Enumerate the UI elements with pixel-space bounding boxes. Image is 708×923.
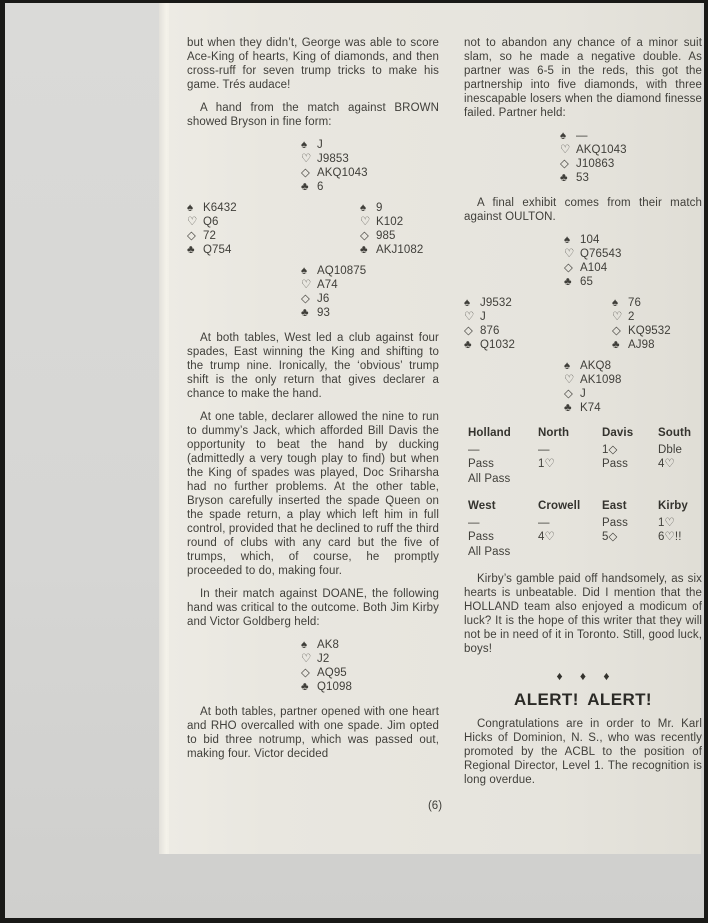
cards: AKQ1043 (576, 144, 627, 156)
auction-call: — (538, 443, 602, 458)
auction-call: 4♡ (658, 457, 702, 472)
cards: A104 (580, 262, 607, 274)
kirby-goldberg-hand: ♠AK8 ♡J2 ◇AQ95 ♣Q1098 (301, 638, 439, 694)
spade-suit-icon: ♠ (464, 296, 476, 310)
bidding-table-2: West Crowell East Kirby — — Pass 1♡ Pass… (464, 499, 702, 559)
auction-header: Crowell (538, 499, 602, 514)
club-suit-icon: ♣ (301, 180, 313, 194)
east-hand: ♠76 ♡2 ◇KQ9532 ♣AJ98 (612, 296, 671, 352)
auction-call: 1♡ (538, 457, 602, 472)
right-column: not to abandon any chance of a minor sui… (464, 36, 702, 796)
cards: 6 (317, 181, 324, 193)
cards: 876 (480, 325, 500, 337)
diamond-separator-icon: ♦ ♦ ♦ (464, 669, 702, 683)
diamond-suit-icon: ◇ (612, 324, 624, 338)
cards: Q76543 (580, 248, 622, 260)
diamond-suit-icon: ◇ (560, 157, 572, 171)
heart-suit-icon: ♡ (301, 278, 313, 292)
paragraph: but when they didn’t, George was able to… (187, 36, 439, 92)
club-suit-icon: ♣ (564, 275, 576, 289)
cards: — (576, 130, 588, 142)
cards: 93 (317, 307, 330, 319)
cards: J (317, 139, 323, 151)
cards: AKQ1043 (317, 167, 368, 179)
club-suit-icon: ♣ (564, 401, 576, 415)
north-hand: ♠J ♡J9853 ◇AKQ1043 ♣6 (301, 138, 439, 194)
heart-suit-icon: ♡ (560, 143, 572, 157)
cards: J10863 (576, 158, 614, 170)
club-suit-icon: ♣ (360, 243, 372, 257)
spade-suit-icon: ♠ (360, 201, 372, 215)
cards: K6432 (203, 202, 237, 214)
cards: 9 (376, 202, 383, 214)
bidding-table-1: Holland North Davis South — — 1◇ Dble Pa… (464, 426, 702, 486)
club-suit-icon: ♣ (560, 171, 572, 185)
cards: Q754 (203, 244, 232, 256)
auction-call: 1♡ (658, 516, 702, 531)
paragraph: At one table, declarer allowed the nine … (187, 410, 439, 578)
auction-call: Pass (602, 516, 658, 531)
cards: AKJ1082 (376, 244, 423, 256)
cards: 985 (376, 230, 396, 242)
cards: Q1098 (317, 681, 352, 693)
heart-suit-icon: ♡ (360, 215, 372, 229)
east-hand: ♠9 ♡K102 ◇985 ♣AKJ1082 (360, 201, 423, 257)
club-suit-icon: ♣ (612, 338, 624, 352)
south-hand: ♠AQ10875 ♡A74 ◇J6 ♣93 (301, 264, 439, 320)
cards: J2 (317, 653, 329, 665)
cards: 2 (628, 311, 635, 323)
auction-header: Holland (468, 426, 538, 441)
paragraph: In their match against DOANE, the follow… (187, 587, 439, 629)
auction-header: South (658, 426, 702, 441)
cards: K74 (580, 402, 601, 414)
spade-suit-icon: ♠ (564, 359, 576, 373)
cards: J (580, 388, 586, 400)
magazine-page: but when they didn’t, George was able to… (169, 3, 701, 854)
cards: 104 (580, 234, 600, 246)
cards: K102 (376, 216, 403, 228)
heart-suit-icon: ♡ (301, 652, 313, 666)
paragraph: Congratulations are in order to Mr. Karl… (464, 717, 702, 787)
spade-suit-icon: ♠ (612, 296, 624, 310)
auction-call: Dble (658, 443, 702, 458)
auction-call: All Pass (468, 472, 602, 487)
auction-header: West (468, 499, 538, 514)
diamond-suit-icon: ◇ (564, 261, 576, 275)
cards: AQ95 (317, 667, 347, 679)
west-hand: ♠K6432 ♡Q6 ◇72 ♣Q754 (187, 201, 360, 257)
auction-header: East (602, 499, 658, 514)
cards: 72 (203, 230, 216, 242)
auction-call: 1◇ (602, 443, 658, 458)
auction-call: — (468, 516, 538, 531)
diamond-suit-icon: ◇ (301, 666, 313, 680)
paragraph: not to abandon any chance of a minor sui… (464, 36, 702, 120)
club-suit-icon: ♣ (301, 306, 313, 320)
cards: AJ98 (628, 339, 655, 351)
auction-call: Pass (468, 457, 538, 472)
heart-suit-icon: ♡ (564, 247, 576, 261)
auction-call: — (468, 443, 538, 458)
club-suit-icon: ♣ (464, 338, 476, 352)
auction-header: Davis (602, 426, 658, 441)
heart-suit-icon: ♡ (612, 310, 624, 324)
auction-call: 4♡ (538, 530, 602, 545)
diamond-suit-icon: ◇ (301, 292, 313, 306)
paragraph: Kirby’s gamble paid off handsomely, as s… (464, 572, 702, 656)
club-suit-icon: ♣ (301, 680, 313, 694)
cards: J9532 (480, 297, 512, 309)
paragraph: At both tables, West led a club against … (187, 331, 439, 401)
diamond-suit-icon: ◇ (187, 229, 199, 243)
diamond-suit-icon: ◇ (564, 387, 576, 401)
cards: AQ10875 (317, 265, 366, 277)
spade-suit-icon: ♠ (187, 201, 199, 215)
cards: Q6 (203, 216, 219, 228)
auction-call: 5◇ (602, 530, 658, 545)
cards: 76 (628, 297, 641, 309)
diamond-suit-icon: ◇ (301, 166, 313, 180)
cards: AKQ8 (580, 360, 611, 372)
alert-heading: ALERT! ALERT! (464, 693, 702, 707)
cards: 53 (576, 172, 589, 184)
heart-suit-icon: ♡ (187, 215, 199, 229)
heart-suit-icon: ♡ (301, 152, 313, 166)
paragraph: At both tables, partner opened with one … (187, 705, 439, 761)
cards: J9853 (317, 153, 349, 165)
auction-header: North (538, 426, 602, 441)
diamond-suit-icon: ◇ (360, 229, 372, 243)
partner-hand: ♠— ♡AKQ1043 ◇J10863 ♣53 (560, 129, 702, 185)
auction-call: — (538, 516, 602, 531)
spade-suit-icon: ♠ (301, 638, 313, 652)
spade-suit-icon: ♠ (301, 138, 313, 152)
cards: 65 (580, 276, 593, 288)
auction-call: Pass (468, 530, 538, 545)
cards: Q1032 (480, 339, 515, 351)
north-hand: ♠104 ♡Q76543 ◇A104 ♣65 (564, 233, 702, 289)
west-hand: ♠J9532 ♡J ◇876 ♣Q1032 (464, 296, 612, 352)
club-suit-icon: ♣ (187, 243, 199, 257)
deal-diagram-oulton: ♠104 ♡Q76543 ◇A104 ♣65 ♠J9532 ♡J ◇876 ♣Q… (464, 233, 702, 415)
deal-diagram-brown: ♠J ♡J9853 ◇AKQ1043 ♣6 ♠K6432 ♡Q6 ◇72 ♣Q7… (187, 138, 439, 320)
spade-suit-icon: ♠ (560, 129, 572, 143)
auction-call: All Pass (468, 545, 602, 560)
cards: AK1098 (580, 374, 622, 386)
spade-suit-icon: ♠ (564, 233, 576, 247)
auction-call: 6♡!! (658, 530, 702, 545)
left-column: but when they didn’t, George was able to… (187, 36, 439, 770)
cards: KQ9532 (628, 325, 671, 337)
cards: A74 (317, 279, 338, 291)
page-number: (6) (169, 800, 701, 812)
heart-suit-icon: ♡ (464, 310, 476, 324)
cards: AK8 (317, 639, 339, 651)
auction-header: Kirby (658, 499, 702, 514)
heart-suit-icon: ♡ (564, 373, 576, 387)
diamond-suit-icon: ◇ (464, 324, 476, 338)
spade-suit-icon: ♠ (301, 264, 313, 278)
cards: J (480, 311, 486, 323)
auction-call: Pass (602, 457, 658, 472)
paragraph: A hand from the match against BROWN show… (187, 101, 439, 129)
cards: J6 (317, 293, 329, 305)
paragraph: A final exhibit comes from their match a… (464, 196, 702, 224)
south-hand: ♠AKQ8 ♡AK1098 ◇J ♣K74 (564, 359, 702, 415)
